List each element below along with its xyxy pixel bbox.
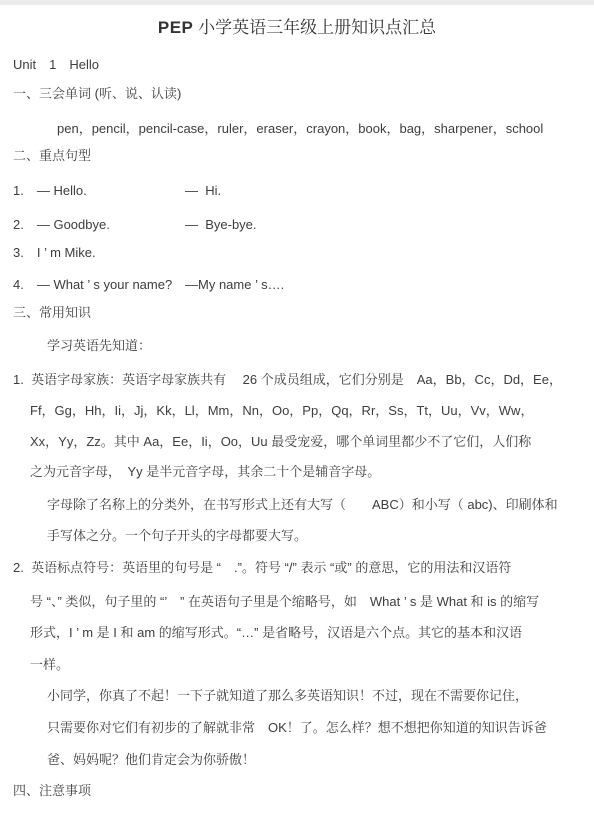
sentence-pair-2: 2. — Goodbye.— Bye-bye. [13, 217, 257, 233]
closing-para-line3: 爸、妈妈呢？他们肯定会为你骄傲！ [47, 752, 255, 768]
sentence-right: —My name ’ s…. [185, 277, 284, 292]
page-title: PEP 小学英语三年级上册知识点汇总 [0, 13, 594, 38]
item1-line2: Ff，Gg，Hh，Ii，Jj，Kk，Ll，Mm，Nn，Oo，Pp，Qq，Rr，S… [30, 403, 533, 419]
item1-line4: 之为元音字母， Yy 是半元音字母，其余二十个是辅音字母。 [30, 464, 380, 480]
section-heading-4: 四、注意事项 [13, 783, 91, 799]
sentence-right: — Bye-bye. [185, 217, 257, 232]
sentence-3: 3. I ’ m Mike. [13, 245, 96, 261]
item1-line5: 字母除了名称上的分类外，在书写形式上还有大写（ ABC）和小写（ abc)、印刷… [47, 497, 558, 513]
closing-para-line2: 只需要你对它们有初步的了解就非常 OK！了。怎么样？想不想把你知道的知识告诉爸 [47, 720, 547, 736]
sentence-left: 2. — Goodbye. [13, 217, 185, 233]
item1-line3: Xx，Yy，Zz。其中 Aa，Ee，Ii，Oo，Uu 最受宠爱，哪个单词里都少不… [30, 434, 531, 450]
section-heading-2: 二、重点句型 [13, 148, 91, 164]
sentence-left: 1. — Hello. [13, 183, 185, 199]
item2-line4: 一样。 [30, 657, 69, 673]
title-acronym: PEP [158, 18, 194, 37]
item2-line3: 形式，I ’ m 是 I 和 am 的缩写形式。“…” 是省略号，汉语是六个点。… [30, 625, 522, 641]
section-heading-3: 三、常用知识 [13, 305, 91, 321]
document-page: PEP 小学英语三年级上册知识点汇总 Unit 1 Hello 一、三会单词 (… [0, 0, 594, 813]
item2-line2: 号 “、” 类似，句子里的 “’ ” 在英语句子里是个缩略号，如 What ’ … [30, 594, 539, 610]
section-heading-1: 一、三会单词 (听、说、认读) [13, 86, 181, 102]
sentence-pair-4: 4. — What ’ s your name?—My name ’ s…. [13, 277, 284, 293]
intro-line: 学习英语先知道： [47, 338, 151, 354]
item2-line1: 2. 英语标点符号：英语里的句号是 “ .”。符号 “/” 表示 “或” 的意思… [13, 560, 511, 576]
window-edge-strip [0, 0, 594, 5]
title-text: 小学英语三年级上册知识点汇总 [193, 18, 436, 37]
sentence-pair-1: 1. — Hello.— Hi. [13, 183, 221, 199]
item1-line1: 1. 英语字母家族：英语字母家族共有 26 个成员组成，它们分别是 Aa，Bb，… [13, 372, 562, 388]
word-list: pen，pencil，pencil-case，ruler，eraser，cray… [57, 121, 543, 137]
item1-line6: 手写体之分。一个句子开头的字母都要大写。 [47, 528, 307, 544]
closing-para-line1: 小同学，你真了不起！一下子就知道了那么多英语知识！不过，现在不需要你记住， [47, 688, 528, 704]
sentence-right: — Hi. [185, 183, 221, 198]
sentence-left: 4. — What ’ s your name? [13, 277, 185, 293]
unit-heading: Unit 1 Hello [13, 57, 99, 73]
